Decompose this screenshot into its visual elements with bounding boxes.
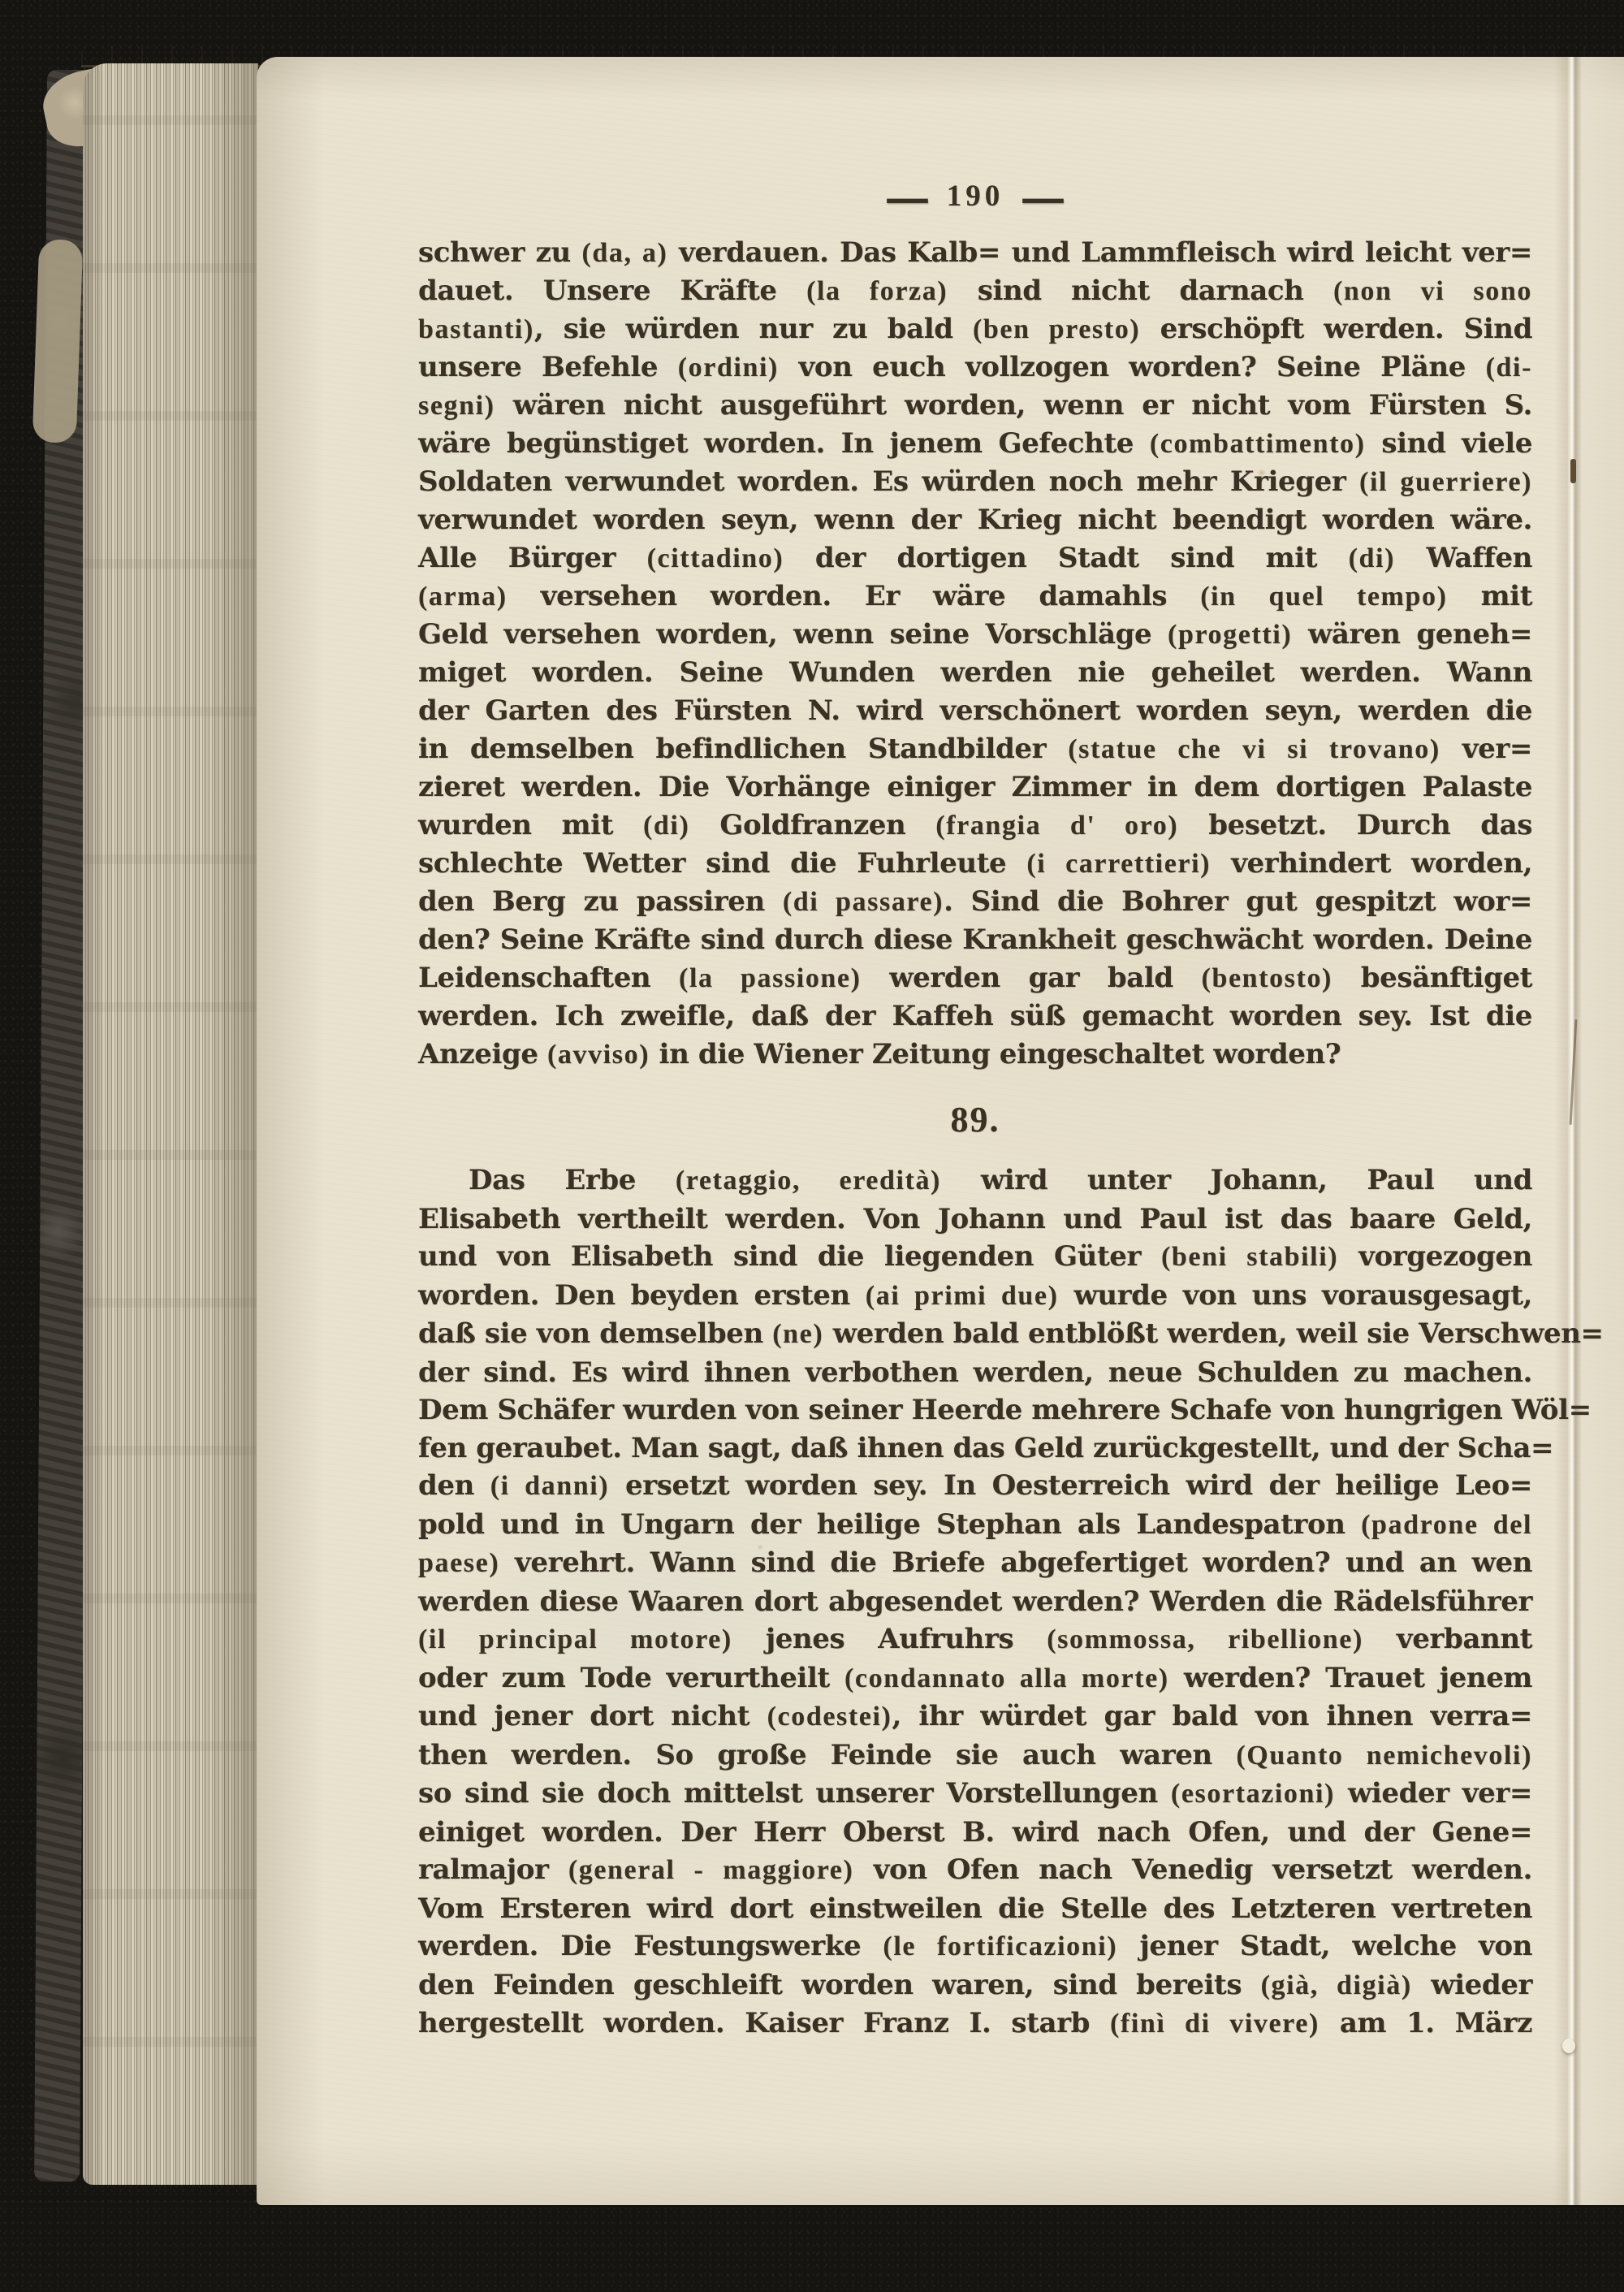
text-line: in demselben befindlichen Standbilder (s… <box>418 730 1532 768</box>
text-line: einiget worden. Der Herr Oberst B. wird … <box>418 1814 1532 1852</box>
text-line: werden. Die Festungswerke (le fortificaz… <box>418 1927 1532 1966</box>
binding-wear-strip <box>32 239 84 443</box>
page-header: —190— <box>418 179 1532 214</box>
section-heading: 89. <box>418 1099 1532 1140</box>
text-line: so sind sie doch mittelst unserer Vorste… <box>418 1775 1532 1814</box>
header-dash-right: — <box>1023 159 1064 232</box>
text-line: den? Seine Kräfte sind durch diese Krank… <box>418 921 1532 959</box>
binding-thread-knot <box>1562 2039 1575 2053</box>
binding-thread <box>1570 459 1576 483</box>
gutter-fold <box>1554 57 1624 2205</box>
text-line: zieret werden. Die Vorhänge einiger Zimm… <box>418 768 1532 807</box>
text-line: ralmajor (general - maggiore) von Ofen n… <box>418 1851 1532 1890</box>
text-line: den Berg zu passiren (di passare). Sind … <box>418 883 1532 921</box>
text-line: der Garten des Fürsten N. wird verschöne… <box>418 692 1532 730</box>
text-line: den (i danni) ersetzt worden sey. In Oes… <box>418 1467 1532 1506</box>
text-line: der sind. Es wird ihnen verbothen werden… <box>418 1354 1532 1392</box>
text-line: Leidenschaften (la passione) werden gar … <box>418 959 1532 997</box>
text-line: paese) verehrt. Wann sind die Briefe abg… <box>418 1544 1532 1583</box>
header-dash-left: — <box>887 159 927 232</box>
text-line: miget worden. Seine Wunden werden nie ge… <box>418 654 1532 692</box>
text-line: schwer zu (da, a) verdauen. Das Kalb= un… <box>418 234 1532 272</box>
text-line: daß sie von demselben (ne) werden bald e… <box>418 1315 1532 1354</box>
text-line: hergestellt worden. Kaiser Franz I. star… <box>418 2004 1532 2043</box>
text-line: dauet. Unsere Kräfte (la forza) sind nic… <box>418 272 1532 310</box>
text-line: verwundet worden seyn, wenn der Krieg ni… <box>418 501 1532 539</box>
text-line: Dem Schäfer wurden von seiner Heerde meh… <box>418 1391 1532 1429</box>
text-line: den Feinden geschleift worden waren, sin… <box>418 1966 1532 2005</box>
text-line: (il principal motore) jenes Aufruhrs (so… <box>418 1620 1532 1659</box>
text-line: Soldaten verwundet worden. Es würden noc… <box>418 463 1532 501</box>
text-line: segni) wären nicht ausgeführt worden, we… <box>418 387 1532 425</box>
text-line: unsere Befehle (ordini) von euch vollzog… <box>418 348 1532 387</box>
text-line: fen geraubet. Man sagt, daß ihnen das Ge… <box>418 1429 1532 1468</box>
text-line: und jener dort nicht (codestei), ihr wür… <box>418 1697 1532 1736</box>
text-line: schlechte Wetter sind die Fuhrleute (i c… <box>418 845 1532 883</box>
text-line: Elisabeth vertheilt werden. Von Johann u… <box>418 1200 1532 1239</box>
text-line: Vom Ersteren wird dort einstweilen die S… <box>418 1890 1532 1928</box>
text-line: oder zum Tode verurtheilt (condannato al… <box>418 1659 1532 1698</box>
page-edge-stack <box>83 63 258 2185</box>
text-line: (arma) versehen worden. Er wäre damahls … <box>418 577 1532 616</box>
text-line: pold und in Ungarn der heilige Stephan a… <box>418 1506 1532 1545</box>
text-line: worden. Den beyden ersten (ai primi due)… <box>418 1277 1532 1316</box>
text-line: Anzeige (avviso) in die Wiener Zeitung e… <box>418 1036 1532 1074</box>
text-line: bastanti), sie würden nur zu bald (ben p… <box>418 310 1532 348</box>
paragraph-2: Das Erbe (retaggio, eredità) wird unter … <box>418 1161 1532 2043</box>
page-number: 190 <box>947 179 1004 213</box>
text-line: Alle Bürger (cittadino) der dortigen Sta… <box>418 539 1532 577</box>
text-line: und von Elisabeth sind die liegenden Güt… <box>418 1238 1532 1277</box>
paragraph-1: schwer zu (da, a) verdauen. Das Kalb= un… <box>418 234 1532 1074</box>
text-line: werden. Ich zweifle, daß der Kaffeh süß … <box>418 997 1532 1036</box>
text-line: then werden. So große Feinde sie auch wa… <box>418 1736 1532 1775</box>
text-line: Geld versehen worden, wenn seine Vorschl… <box>418 616 1532 654</box>
text-line: wäre begünstiget worden. In jenem Gefech… <box>418 425 1532 463</box>
text-line: werden diese Waaren dort abgesendet werd… <box>418 1583 1532 1621</box>
book-page: —190— schwer zu (da, a) verdauen. Das Ka… <box>257 57 1624 2205</box>
book-scan: —190— schwer zu (da, a) verdauen. Das Ka… <box>0 0 1624 2292</box>
text-line: Das Erbe (retaggio, eredità) wird unter … <box>418 1161 1532 1200</box>
text-line: wurden mit (di) Goldfranzen (frangia d' … <box>418 807 1532 845</box>
